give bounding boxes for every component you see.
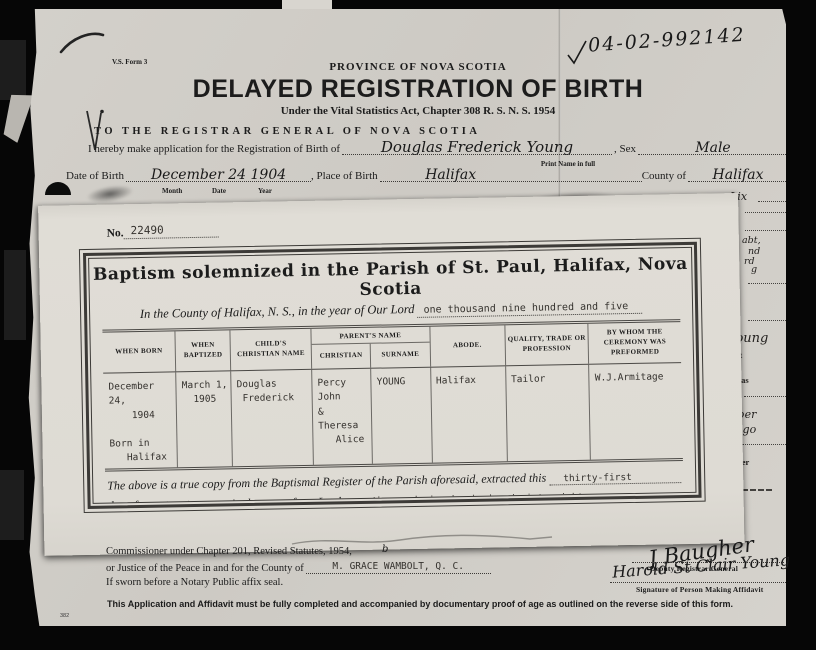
province-line: PROVINCE OF NOVA SCOTIA <box>68 61 768 73</box>
underlay-dotted-line <box>744 396 786 397</box>
certificate-border-box: Baptism solemnized in the Parish of St. … <box>79 238 706 513</box>
name-field: Douglas Frederick Young <box>342 140 612 155</box>
application-line1-label: I hereby make application for the Regist… <box>88 143 340 155</box>
addressee-line: TO THE REGISTRAR GENERAL OF NOVA SCOTIA <box>94 126 480 137</box>
notary-line: If sworn before a Notary Public affix se… <box>106 577 283 588</box>
col-by-whom: BY WHOM THE CEREMONY WAS PREFORMED <box>588 322 681 364</box>
col-when-baptized: WHEN BAPTIZED <box>175 330 231 371</box>
attestation-year-value: one thousand nine hundred and sixty-eigh… <box>345 491 593 504</box>
col-surname: SURNAME <box>370 343 430 368</box>
dob-handwritten: December 24 1904 <box>151 168 286 182</box>
cell-quality: Tailor <box>505 365 591 461</box>
certificate-no-label: No. <box>107 227 124 239</box>
place-label: , Place of Birth <box>311 170 378 182</box>
footer-note: This Application and Affidavit must be f… <box>80 599 760 609</box>
pen-stroke-mark <box>58 28 106 56</box>
print-name-hint: Print Name in full <box>468 160 668 168</box>
sex-field: Male <box>638 141 788 155</box>
underlay-fragment: g <box>751 264 757 275</box>
justice-line: or Justice of the Peace in and for the C… <box>106 561 491 574</box>
cell-surname: YOUNG <box>370 368 431 464</box>
county-label: County of <box>642 170 686 182</box>
application-line-2: Date of Birth December 24 1904 , Place o… <box>66 168 788 182</box>
underlay-dotted-line <box>748 320 786 321</box>
year-line-value: one thousand nine hundred and five <box>417 301 642 318</box>
scan-bed-texture <box>0 40 26 100</box>
col-when-born: WHEN BORN <box>102 331 175 372</box>
col-christian: CHRISTIAN <box>312 344 371 369</box>
scan-bed-texture <box>0 470 24 540</box>
scan-bed-texture <box>4 250 26 340</box>
county-field: Halifax <box>688 168 788 182</box>
year-of-lord-label: in the year of our Lord <box>232 494 341 504</box>
cell-by-whom: W.J.Armitage <box>589 363 683 459</box>
registrar-signature-handwritten: Evelyn J. Mitchell <box>466 503 618 504</box>
underlay-dotted-line <box>742 444 786 445</box>
file-number-handwritten: 04-02-992142 <box>588 19 809 56</box>
table-data-row: December 24, 1904 Born in Halifax March … <box>103 363 683 468</box>
affiant-signature-line <box>610 582 786 583</box>
underlay-dotted-line <box>758 201 786 202</box>
hint-month: Month <box>162 187 182 195</box>
punch-hole <box>45 182 71 195</box>
underlay-dashed-line <box>742 489 772 491</box>
col-child-name: CHILD'S CHRISTIAN NAME <box>230 329 312 370</box>
hint-date: Date <box>212 187 226 195</box>
paper-edge-tab <box>282 0 332 9</box>
underlay-fragment: abt, <box>742 235 761 246</box>
sex-label: , Sex <box>614 143 636 155</box>
name-handwritten: Douglas Frederick Young <box>381 140 573 155</box>
certificate-title: Baptism solemnized in the Parish of St. … <box>89 254 692 305</box>
sheet-number: 382 <box>60 613 69 619</box>
hint-year: Year <box>258 187 272 195</box>
scanned-document: V.S. Form 3 04-02-992142 PROVINCE OF NOV… <box>0 0 816 650</box>
attestation-label-1: The above is a true copy from the Baptis… <box>107 470 546 493</box>
month-value: October <box>164 499 204 504</box>
place-handwritten: Halifax <box>425 168 476 182</box>
ink-smudge <box>85 182 135 205</box>
dob-field: December 24 1904 <box>126 168 311 182</box>
sex-handwritten: Male <box>695 141 730 155</box>
form-header: PROVINCE OF NOVA SCOTIA DELAYED REGISTRA… <box>68 61 768 117</box>
trailing-dots <box>593 502 681 504</box>
underlay-dotted-line <box>745 230 786 231</box>
cell-when-born: December 24, 1904 Born in Halifax <box>103 372 177 468</box>
month-field: October <box>140 499 229 504</box>
stray-pen-mark: b <box>382 544 388 555</box>
affiant-signature-label: Signature of Person Making Affidavit <box>636 585 763 594</box>
place-field: Halifax <box>380 168 642 182</box>
application-line-1: I hereby make application for the Regist… <box>88 140 788 155</box>
county-of-field: M. GRACE WAMBOLT, Q. C. <box>306 561 491 574</box>
cell-when-baptized: March 1, 1905 <box>175 371 232 466</box>
underlay-dotted-line <box>748 283 786 284</box>
justice-label: or Justice of the Peace in and for the C… <box>106 563 304 574</box>
extracted-day-value: thirty-first <box>563 471 632 483</box>
cell-child-name: Douglas Frederick <box>230 370 313 466</box>
year-line-label: In the County of Halifax, N. S., in the … <box>140 302 415 321</box>
baptism-register-table: WHEN BORN WHEN BAPTIZED CHILD'S CHRISTIA… <box>102 319 682 471</box>
wambolt-typed-value: M. GRACE WAMBOLT, Q. C. <box>332 561 464 572</box>
underlay-dotted-line <box>745 212 786 213</box>
col-abode: ABODE. <box>429 325 505 366</box>
certificate-no-value: 22490 <box>123 223 218 240</box>
extracted-day-field: thirty-first <box>549 471 681 485</box>
commissioner-line: Commissioner under Chapter 201, Revised … <box>106 546 352 557</box>
col-parents-name-group: PARENT'S NAME CHRISTIAN SURNAME <box>310 327 429 369</box>
dob-label: Date of Birth <box>66 170 124 182</box>
day-of-label: day of <box>107 498 137 504</box>
certificate-number-line: No. 22490 <box>106 223 218 240</box>
cell-christian: Percy John & Theresa Alice <box>311 369 372 465</box>
col-quality: QUALITY, TRADE OR PROFESSION <box>504 324 589 366</box>
baptismal-certificate: No. 22490 Baptism solemnized in the Pari… <box>38 193 744 556</box>
form-title: DELAYED REGISTRATION OF BIRTH <box>68 75 768 104</box>
act-line: Under the Vital Statistics Act, Chapter … <box>68 105 768 117</box>
county-handwritten: Halifax <box>713 168 764 182</box>
cell-abode: Halifax <box>430 366 507 462</box>
